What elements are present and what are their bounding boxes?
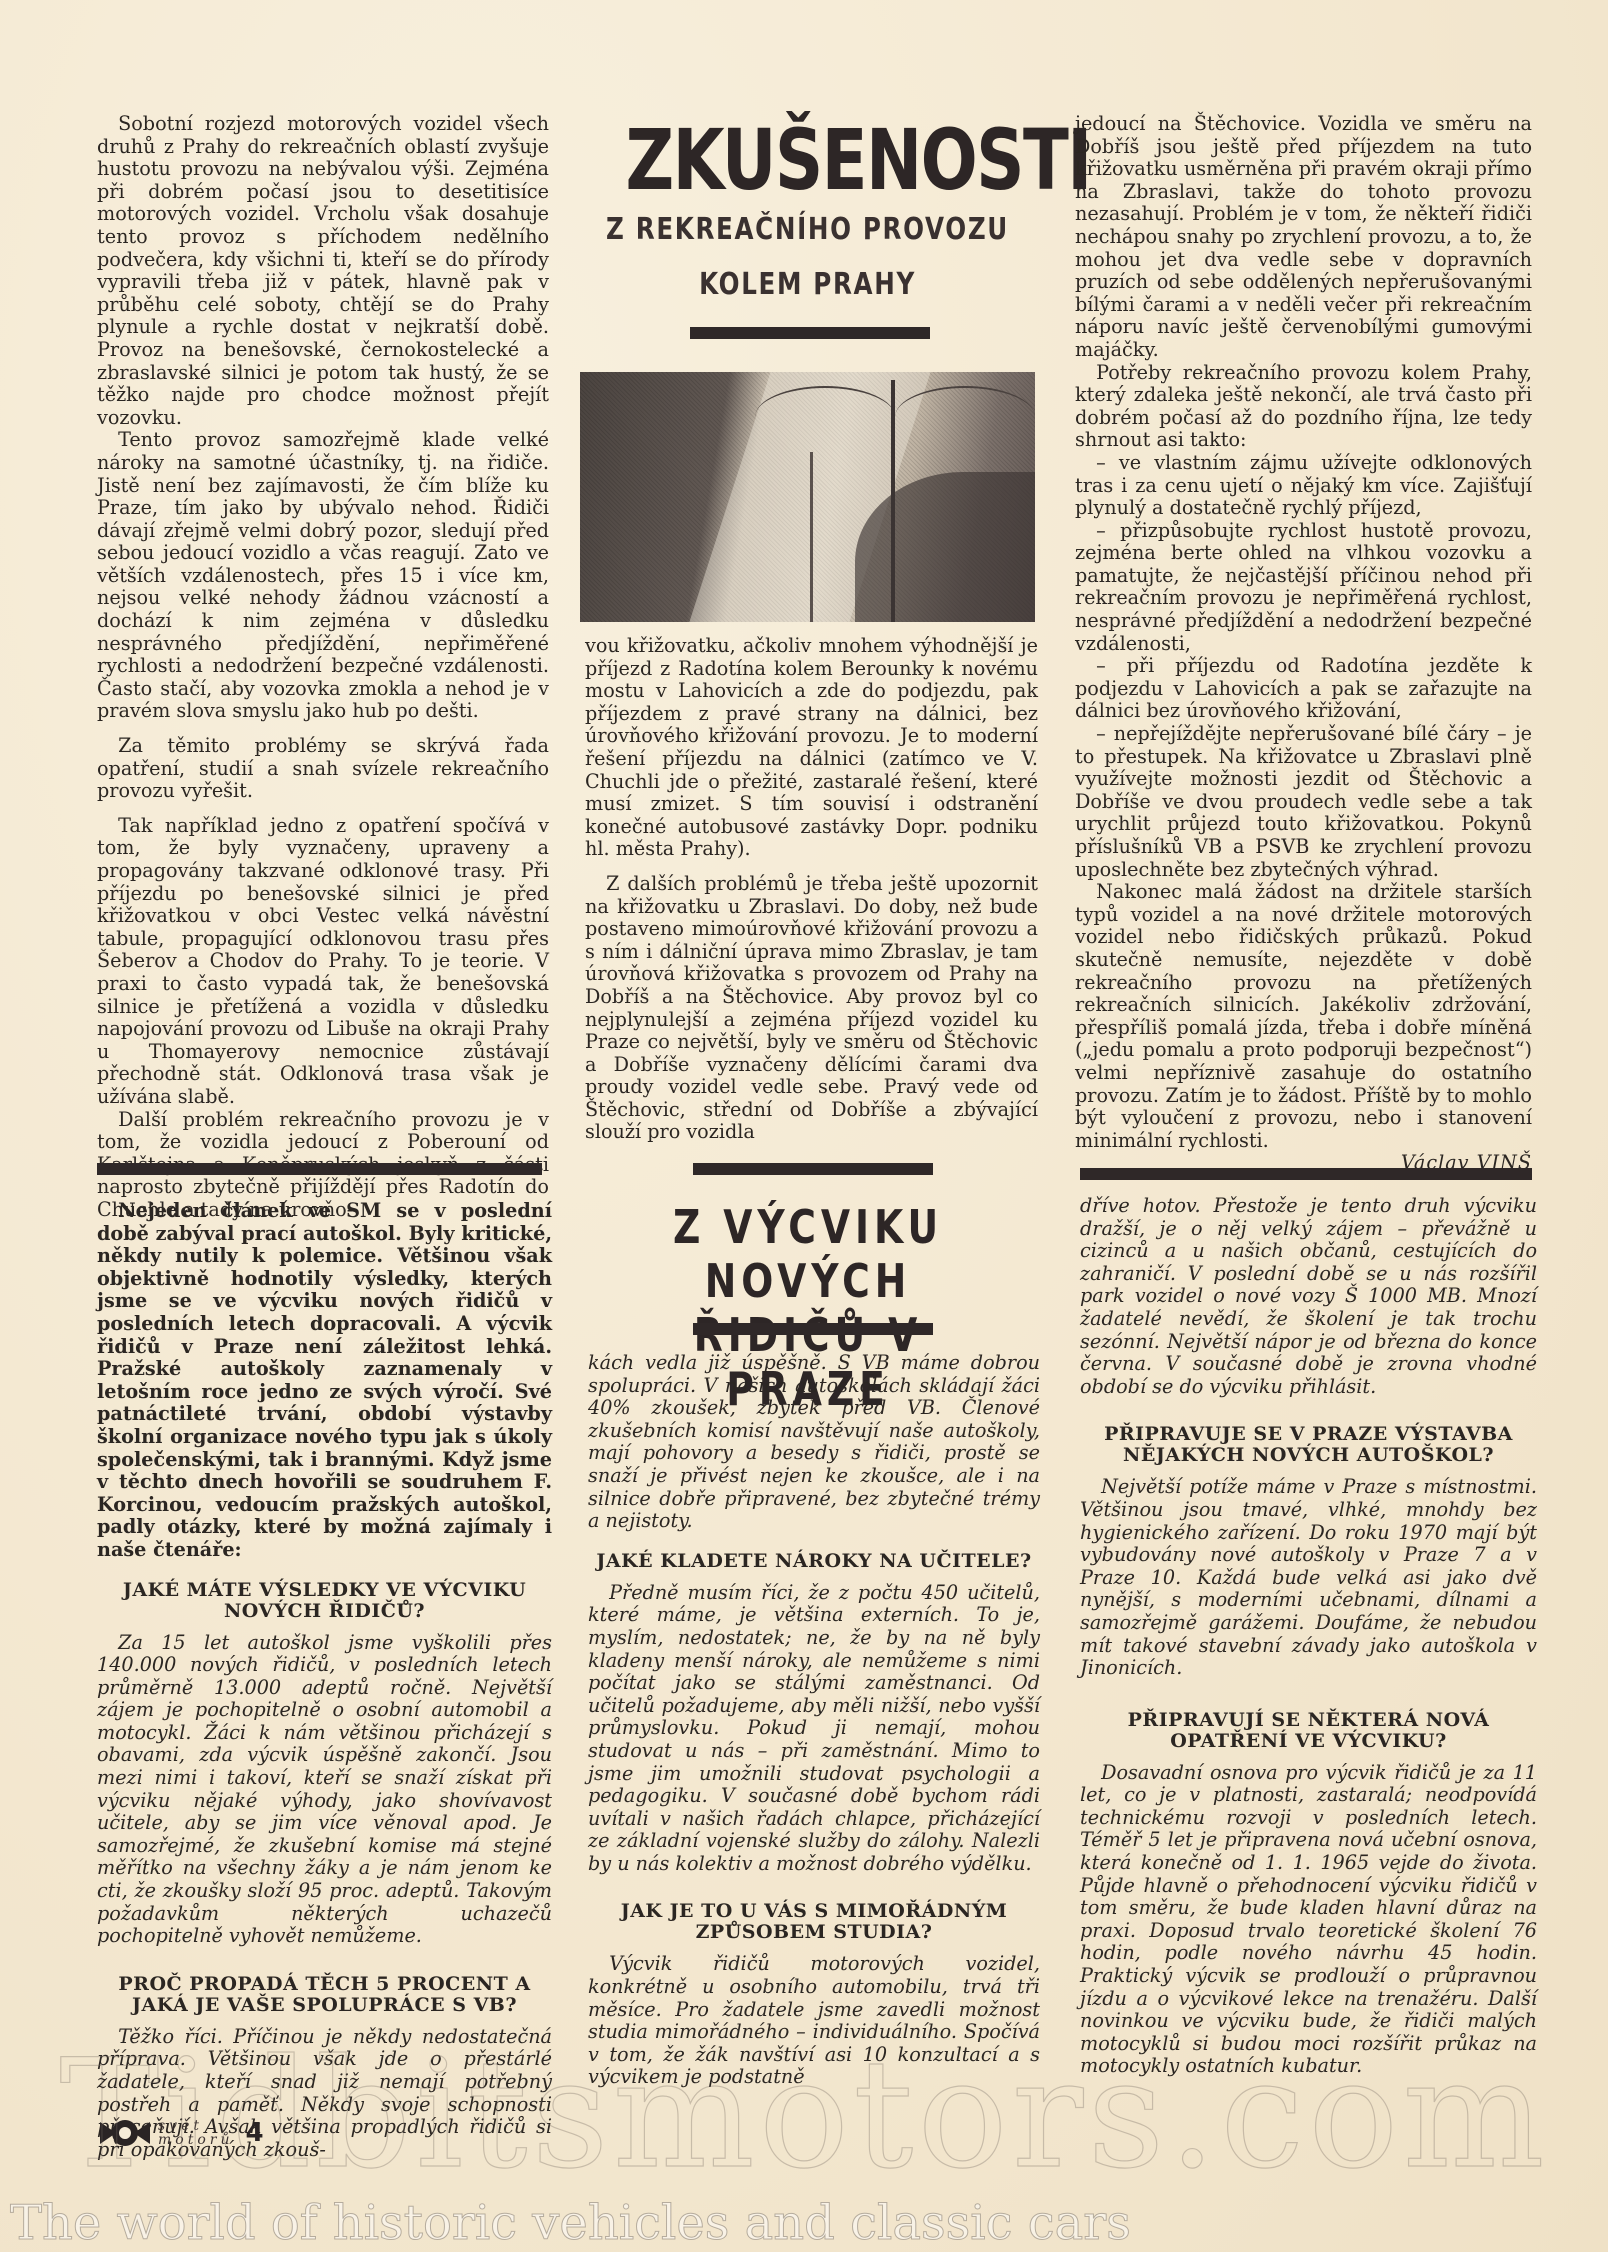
article1-paragraph: Z dalších problémů je třeba ještě upozor… <box>585 873 1038 1144</box>
interview-question: PŘIPRAVUJÍ SE NĚKTERÁ NOVÁ OPATŘENÍ VE V… <box>1080 1710 1537 1752</box>
interview-answer: Předně musím říci, že z počtu 450 učitel… <box>588 1582 1040 1876</box>
article1-paragraph: Za těmito problémy se skrývá řada opatře… <box>97 735 549 803</box>
article2-intro: Nejeden článek ve SM se v poslední době … <box>97 1200 552 1562</box>
article1-paragraph: Potřeby rekreačního provozu kolem Prahy,… <box>1075 362 1532 452</box>
interview-answer: Největší potíže máme v Praze s místnostm… <box>1080 1476 1537 1679</box>
site-watermark: Tidbitsmotors.com <box>0 2040 1608 2190</box>
interview-question: JAKÉ MÁTE VÝSLEDKY VE VÝCVIKU NOVÝCH ŘID… <box>97 1580 552 1622</box>
article1-column-1: Sobotní rozjezd motorových vozidel všech… <box>97 113 549 1222</box>
article2-title-line1: Z VÝCVIKU NOVÝCH <box>623 1200 994 1308</box>
site-tagline-watermark: The world of historic vehicles and class… <box>10 2198 1131 2248</box>
article1-list-item: – nepřejíždějte nepřerušované bílé čáry … <box>1075 723 1532 881</box>
article1-paragraph: Tento provoz samozřejmě klade velké náro… <box>97 429 549 723</box>
section-divider <box>1080 1168 1532 1180</box>
article2-column-2: kách vedla již úspěšně. S VB máme dobrou… <box>588 1352 1040 2089</box>
title-rule <box>693 1323 933 1335</box>
article1-subtitle-line2: KOLEM PRAHY <box>605 267 1011 302</box>
title-rule <box>690 327 930 339</box>
interview-answer: dříve hotov. Přestože je tento druh výcv… <box>1080 1195 1537 1398</box>
article1-list-item: – ve vlastním zájmu užívejte odklonových… <box>1075 452 1532 520</box>
interview-answer: Za 15 let autoškol jsme vyškolili přes 1… <box>97 1632 552 1948</box>
article1-column-2: vou křižovatku, ačkoliv mnohem výhodnějš… <box>585 635 1038 1144</box>
article2-column-3: dříve hotov. Přestože je tento druh výcv… <box>1080 1195 1537 2078</box>
article1-paragraph: Nakonec malá žádost na držitele starších… <box>1075 881 1532 1152</box>
article1-subtitle-line1: Z REKREAČNÍHO PROVOZU <box>605 212 1011 247</box>
interview-question: PŘIPRAVUJE SE V PRAZE VÝSTAVBA NĚJAKÝCH … <box>1080 1424 1537 1466</box>
interview-question: JAKÉ KLADETE NÁROKY NA UČITELE? <box>588 1551 1040 1572</box>
highway-photo <box>580 372 1035 622</box>
interview-answer: kách vedla již úspěšně. S VB máme dobrou… <box>588 1352 1040 1533</box>
article2-column-1: Nejeden článek ve SM se v poslední době … <box>97 1200 552 2161</box>
section-divider <box>97 1163 542 1175</box>
article1-list-item: – při příjezdu od Radotína jezděte k pod… <box>1075 655 1532 723</box>
article1-paragraph: jedoucí na Štěchovice. Vozidla ve směru … <box>1075 113 1532 362</box>
article1-paragraph: vou křižovatku, ačkoliv mnohem výhodnějš… <box>585 635 1038 861</box>
photo-lamp-post <box>810 452 813 622</box>
article1-paragraph: Tak například jedno z opatření spočívá v… <box>97 815 549 1109</box>
photo-lamp-arm <box>895 386 1035 448</box>
article1-list-item: – přizpůsobujte rychlost hustotě provozu… <box>1075 520 1532 656</box>
photo-lamp-post <box>891 380 895 622</box>
section-divider <box>693 1163 933 1175</box>
article1-paragraph: Sobotní rozjezd motorových vozidel všech… <box>97 113 549 429</box>
interview-question: JAK JE TO U VÁS S MIMOŘÁDNÝM ZPŮSOBEM ST… <box>588 1901 1040 1943</box>
article1-title: ZKUŠENOSTI <box>626 115 990 205</box>
interview-question: PROČ PROPADÁ TĚCH 5 PROCENT A JAKÁ JE VA… <box>97 1974 552 2016</box>
photo-lamp-arm <box>755 386 895 448</box>
article1-column-3: jedoucí na Štěchovice. Vozidla ve směru … <box>1075 113 1532 1175</box>
magazine-page: Sobotní rozjezd motorových vozidel všech… <box>0 0 1608 2252</box>
